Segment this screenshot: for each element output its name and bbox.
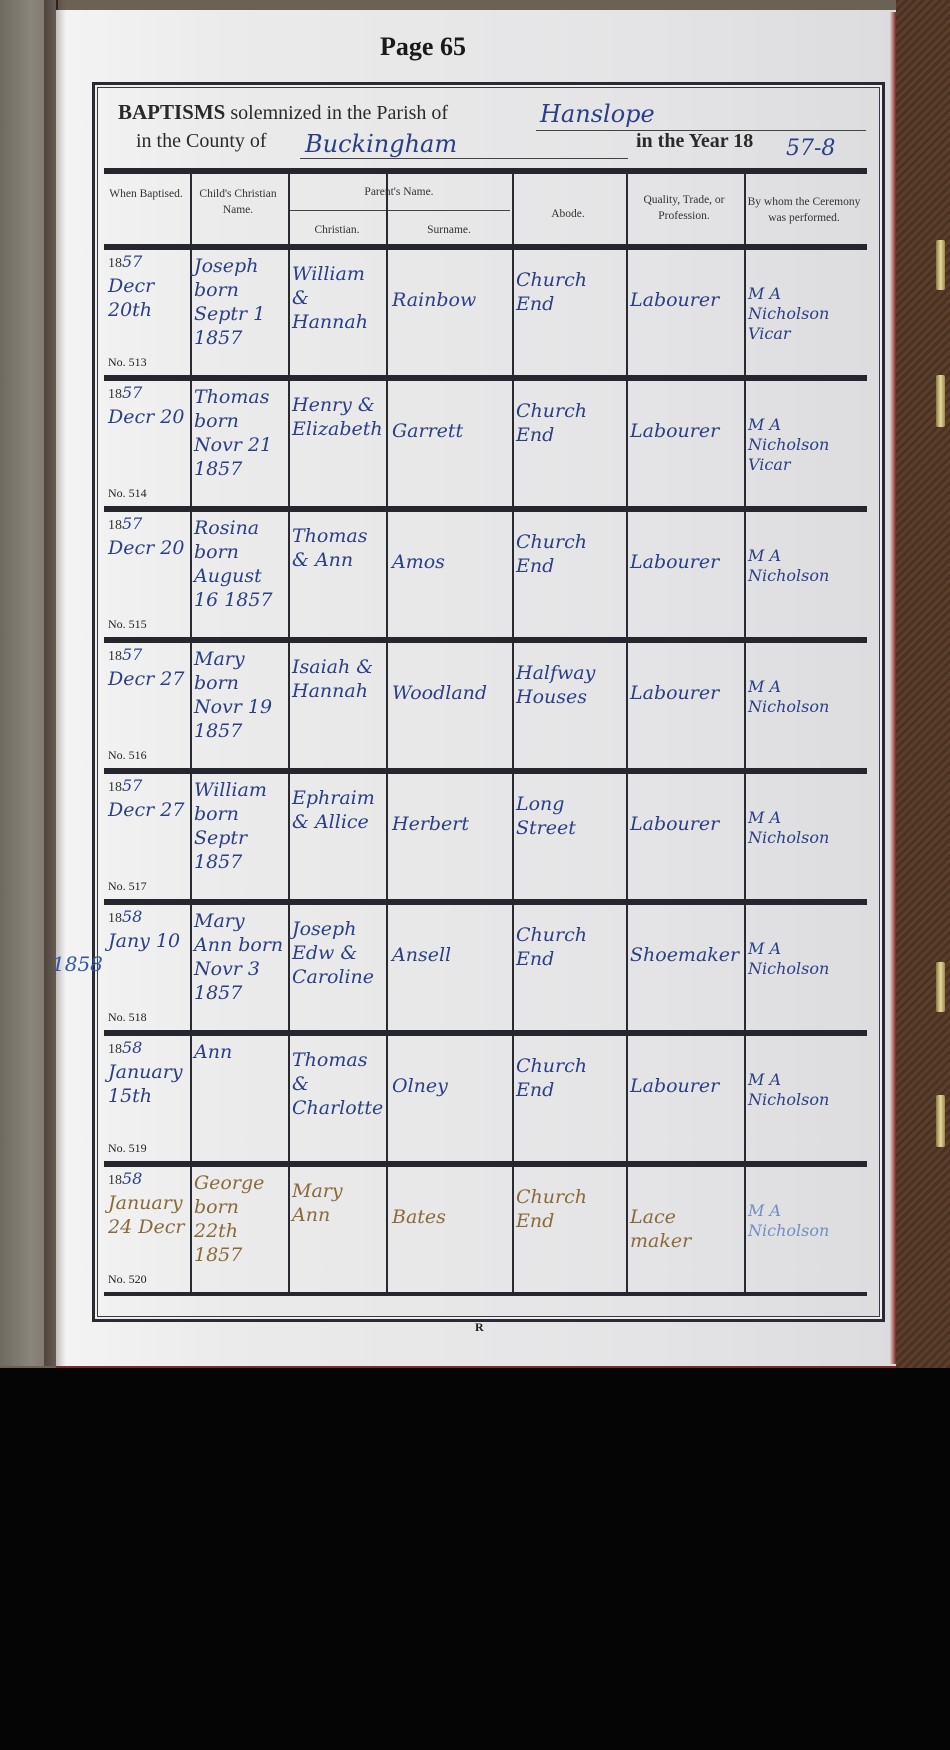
entry-when-baptised: January 15th: [108, 1060, 188, 1108]
entry-child-name: Rosina born August 16 1857: [194, 516, 286, 612]
entry-when-baptised: Jany 10: [108, 929, 188, 953]
footer-mark: R: [475, 1320, 484, 1335]
col-quality-trade: Quality, Trade, or Profession.: [626, 192, 742, 224]
entry-quality-trade: Labourer: [630, 419, 742, 443]
entry-quality-trade: Labourer: [630, 550, 742, 574]
entry-year: 1857: [108, 514, 142, 534]
entry-year-value: 57: [122, 645, 142, 664]
entry-year-value: 58: [122, 1169, 142, 1188]
binding-clasp: [936, 1095, 945, 1147]
entry-year-value: 58: [122, 907, 142, 926]
entry-surname: Amos: [392, 550, 510, 574]
entry-child-name: George born 22th 1857: [194, 1171, 286, 1267]
row-rule: [104, 506, 867, 512]
entry-parents-christian: Ephraim & Allice: [292, 786, 384, 834]
entry-child-name: Joseph born Septr 1 1857: [194, 254, 286, 350]
row-rule: [104, 375, 867, 381]
row-rule: [104, 768, 867, 774]
entry-year: 1858: [108, 1038, 142, 1058]
register-heading-line1: BAPTISMS solemnized in the Parish of: [118, 100, 448, 125]
row-rule: [104, 637, 867, 643]
row-rule: [104, 1292, 867, 1296]
entry-parents-christian: Isaiah & Hannah: [292, 655, 384, 703]
entry-year-value: 57: [122, 383, 142, 402]
entry-number: No. 519: [108, 1141, 147, 1156]
entry-abode: Church End: [516, 268, 624, 316]
book-binding: [896, 0, 950, 1368]
entry-year-value: 57: [122, 514, 142, 533]
entry-officiant: M A Nicholson Vicar: [748, 284, 864, 344]
entry-abode: Church End: [516, 530, 624, 578]
entry-year: 1857: [108, 252, 142, 272]
entry-child-name: Mary born Novr 19 1857: [194, 647, 286, 743]
col-parents-christian: Christian.: [288, 222, 386, 238]
entry-when-baptised: Decr 27: [108, 798, 188, 822]
entry-year-value: 58: [122, 1038, 142, 1057]
entry-abode: Halfway Houses: [516, 661, 624, 709]
entry-surname: Rainbow: [392, 288, 510, 312]
col-child-name: Child's Christian Name.: [190, 186, 286, 218]
county-name: Buckingham: [305, 130, 457, 158]
entry-when-baptised: Decr 20th: [108, 274, 188, 322]
entry-year-value: 57: [122, 776, 142, 795]
entry-when-baptised: Decr 27: [108, 667, 188, 691]
entry-year: 1857: [108, 776, 142, 796]
row-rule: [104, 1161, 867, 1167]
entry-quality-trade: Labourer: [630, 681, 742, 705]
entry-when-baptised: Decr 20: [108, 405, 188, 429]
row-rule: [104, 244, 867, 250]
column-line: [626, 172, 628, 1296]
entry-number: No. 513: [108, 355, 147, 370]
entry-child-name: Thomas born Novr 21 1857: [194, 385, 286, 481]
entry-officiant: M A Nicholson: [748, 1201, 864, 1241]
heading-text: solemnized in the Parish of: [230, 102, 448, 124]
year-value: 57-8: [786, 136, 835, 161]
entry-parents-christian: Mary Ann: [292, 1179, 384, 1227]
entry-number: No. 514: [108, 486, 147, 501]
entry-surname: Garrett: [392, 419, 510, 443]
entry-abode: Church End: [516, 399, 624, 447]
entry-year-value: 57: [122, 252, 142, 271]
column-line: [288, 172, 290, 1296]
entry-parents-christian: Henry & Elizabeth: [292, 393, 384, 441]
entry-number: No. 517: [108, 879, 147, 894]
entry-quality-trade: Labourer: [630, 812, 742, 836]
entry-officiant: M A Nicholson: [748, 546, 864, 586]
entry-number: No. 515: [108, 617, 147, 632]
entry-when-baptised: January 24 Decr: [108, 1191, 188, 1239]
entry-officiant: M A Nicholson: [748, 677, 864, 717]
entry-quality-trade: Shoemaker: [630, 943, 742, 967]
register-heading-line2: in the County of: [136, 130, 267, 153]
entry-surname: Bates: [392, 1205, 510, 1229]
binding-clasp: [936, 962, 945, 1012]
entry-surname: Olney: [392, 1074, 510, 1098]
entry-officiant: M A Nicholson: [748, 939, 864, 979]
entry-abode: Church End: [516, 1054, 624, 1102]
entry-abode: Long Street: [516, 792, 624, 840]
entry-abode: Church End: [516, 923, 624, 971]
entry-child-name: William born Septr 1857: [194, 778, 286, 874]
county-label: in the County of: [136, 130, 267, 152]
entry-year: 1858: [108, 907, 142, 927]
entry-abode: Church End: [516, 1185, 624, 1233]
entry-quality-trade: Labourer: [630, 288, 742, 312]
binding-clasp: [936, 375, 945, 427]
entry-year: 1857: [108, 383, 142, 403]
heading-baptisms: BAPTISMS: [118, 100, 225, 124]
column-line: [190, 172, 192, 1296]
parish-name: Hanslope: [540, 100, 655, 128]
col-parents-name: Parent's Name.: [288, 184, 510, 200]
header-rule: [104, 168, 867, 174]
column-line: [744, 172, 746, 1296]
col-abode: Abode.: [512, 206, 624, 222]
entry-quality-trade: Lace maker: [630, 1205, 742, 1253]
row-rule: [104, 1030, 867, 1036]
col-parents-surname: Surname.: [388, 222, 510, 238]
entry-when-baptised: Decr 20: [108, 536, 188, 560]
entry-year: 1857: [108, 645, 142, 665]
binding-clasp: [936, 240, 945, 290]
entry-officiant: M A Nicholson: [748, 1070, 864, 1110]
entry-quality-trade: Labourer: [630, 1074, 742, 1098]
page-number: Page 65: [0, 32, 846, 62]
entry-child-name: Mary Ann born Novr 3 1857: [194, 909, 286, 1005]
entry-parents-christian: Thomas & Ann: [292, 524, 384, 572]
entry-year: 1858: [108, 1169, 142, 1189]
entry-parents-christian: William & Hannah: [292, 262, 384, 334]
row-rule: [104, 899, 867, 905]
parents-divider: [288, 210, 510, 211]
entry-number: No. 516: [108, 748, 147, 763]
spine-shadow: [44, 0, 66, 1366]
entry-parents-christian: Thomas & Charlotte: [292, 1048, 384, 1120]
year-label: in the Year 18: [636, 130, 753, 153]
entry-parents-christian: Joseph Edw & Caroline: [292, 917, 384, 989]
entry-officiant: M A Nicholson: [748, 808, 864, 848]
col-when-baptised: When Baptised.: [106, 186, 186, 202]
entry-officiant: M A Nicholson Vicar: [748, 415, 864, 475]
entry-surname: Woodland: [392, 681, 510, 705]
entry-number: No. 518: [108, 1010, 147, 1025]
column-line: [386, 172, 388, 1296]
county-underline: [300, 158, 628, 159]
margin-year-note: 1858: [52, 952, 103, 976]
entry-number: No. 520: [108, 1272, 147, 1287]
col-by-whom: By whom the Ceremony was performed.: [744, 194, 864, 226]
column-line: [512, 172, 514, 1296]
entry-surname: Herbert: [392, 812, 510, 836]
entry-surname: Ansell: [392, 943, 510, 967]
entry-child-name: Ann: [194, 1040, 286, 1064]
